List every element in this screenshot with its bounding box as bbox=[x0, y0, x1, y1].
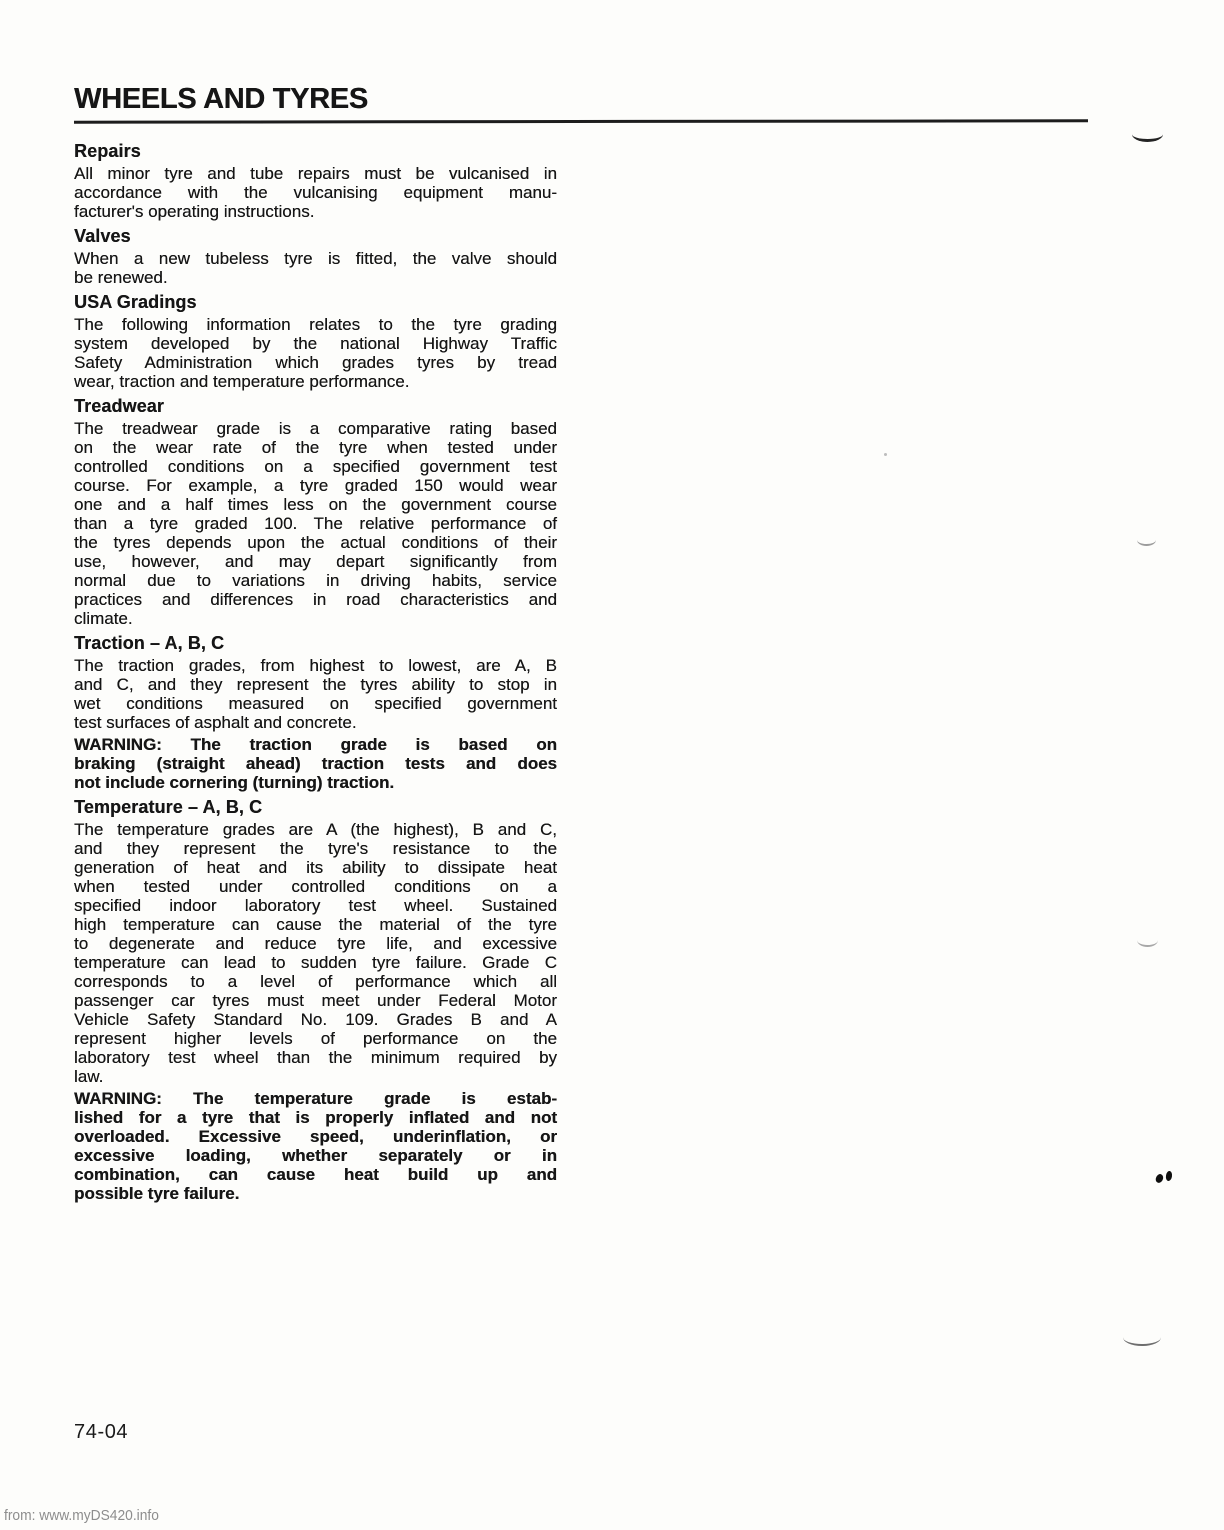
page-title: WHEELS AND TYRES bbox=[74, 84, 368, 115]
manual-page: WHEELS AND TYRES RepairsAll minor tyre a… bbox=[0, 0, 1224, 1530]
text-line: WARNING: The traction grade is based on bbox=[74, 735, 557, 754]
text-line: not include cornering (turning) traction… bbox=[74, 773, 557, 792]
text-line: and they represent the tyre's resistance… bbox=[74, 839, 557, 858]
text-line: When a new tubeless tyre is fitted, the … bbox=[74, 249, 557, 268]
text-line: normal due to variations in driving habi… bbox=[74, 571, 557, 590]
text-line: The following information relates to the… bbox=[74, 315, 557, 334]
paragraph: The temperature grades are A (the highes… bbox=[74, 820, 557, 1086]
text-line: course. For example, a tyre graded 150 w… bbox=[74, 476, 557, 495]
text-line: braking (straight ahead) traction tests … bbox=[74, 754, 557, 773]
text-line: system developed by the national Highway… bbox=[74, 334, 557, 353]
text-line: laboratory test wheel than the minimum r… bbox=[74, 1048, 557, 1067]
text-line: accordance with the vulcanising equipmen… bbox=[74, 183, 557, 202]
text-line: the tyres depends upon the actual condit… bbox=[74, 533, 557, 552]
warning-paragraph: WARNING: The traction grade is based onb… bbox=[74, 735, 557, 792]
text-line: The temperature grades are A (the highes… bbox=[74, 820, 557, 839]
text-line: Safety Administration which grades tyres… bbox=[74, 353, 557, 372]
text-line: All minor tyre and tube repairs must be … bbox=[74, 164, 557, 183]
paragraph: The following information relates to the… bbox=[74, 315, 557, 391]
section-heading: Repairs bbox=[74, 141, 557, 161]
title-rule bbox=[74, 119, 1088, 123]
text-line: corresponds to a level of performance wh… bbox=[74, 972, 557, 991]
section-heading: USA Gradings bbox=[74, 292, 557, 312]
text-line: controlled conditions on a specified gov… bbox=[74, 457, 557, 476]
text-line: climate. bbox=[74, 609, 557, 628]
text-line: on the wear rate of the tyre when tested… bbox=[74, 438, 557, 457]
warning-paragraph: WARNING: The temperature grade is estab-… bbox=[74, 1089, 557, 1203]
text-line: The traction grades, from highest to low… bbox=[74, 656, 557, 675]
text-line: wet conditions measured on specified gov… bbox=[74, 694, 557, 713]
text-line: possible tyre failure. bbox=[74, 1184, 557, 1203]
text-line: represent higher levels of performance o… bbox=[74, 1029, 557, 1048]
text-line: practices and differences in road charac… bbox=[74, 590, 557, 609]
content-column: RepairsAll minor tyre and tube repairs m… bbox=[74, 141, 557, 1203]
text-line: specified indoor laboratory test wheel. … bbox=[74, 896, 557, 915]
scan-artifact bbox=[1165, 1171, 1173, 1182]
page-number: 74-04 bbox=[74, 1421, 128, 1444]
text-line: excessive loading, whether separately or… bbox=[74, 1146, 557, 1165]
section-heading: Temperature – A, B, C bbox=[74, 797, 557, 817]
text-line: temperature can lead to sudden tyre fail… bbox=[74, 953, 557, 972]
text-line: combination, can cause heat build up and bbox=[74, 1165, 557, 1184]
text-line: one and a half times less on the governm… bbox=[74, 495, 557, 514]
section-heading: Valves bbox=[74, 226, 557, 246]
text-line: use, however, and may depart significant… bbox=[74, 552, 557, 571]
text-line: generation of heat and its ability to di… bbox=[74, 858, 557, 877]
text-line: high temperature can cause the material … bbox=[74, 915, 557, 934]
text-line: Vehicle Safety Standard No. 109. Grades … bbox=[74, 1010, 557, 1029]
text-line: lished for a tyre that is properly infla… bbox=[74, 1108, 557, 1127]
scan-artifact bbox=[1123, 1336, 1161, 1346]
section-heading: Traction – A, B, C bbox=[74, 633, 557, 653]
text-line: test surfaces of asphalt and concrete. bbox=[74, 713, 557, 732]
watermark: from: www.myDS420.info bbox=[4, 1507, 159, 1524]
section-heading: Treadwear bbox=[74, 396, 557, 416]
text-line: law. bbox=[74, 1067, 557, 1086]
text-line: overloaded. Excessive speed, underinflat… bbox=[74, 1127, 557, 1146]
scan-artifact bbox=[1137, 539, 1156, 546]
paragraph: The traction grades, from highest to low… bbox=[74, 656, 557, 732]
text-line: The treadwear grade is a comparative rat… bbox=[74, 419, 557, 438]
text-line: WARNING: The temperature grade is estab- bbox=[74, 1089, 557, 1108]
text-line: to degenerate and reduce tyre life, and … bbox=[74, 934, 557, 953]
text-line: be renewed. bbox=[74, 268, 557, 287]
scan-artifact bbox=[1132, 133, 1163, 142]
scan-artifact bbox=[884, 453, 887, 456]
paragraph: All minor tyre and tube repairs must be … bbox=[74, 164, 557, 221]
text-line: when tested under controlled conditions … bbox=[74, 877, 557, 896]
scan-artifact bbox=[1137, 939, 1158, 947]
text-line: than a tyre graded 100. The relative per… bbox=[74, 514, 557, 533]
text-line: wear, traction and temperature performan… bbox=[74, 372, 557, 391]
text-line: facturer's operating instructions. bbox=[74, 202, 557, 221]
paragraph: When a new tubeless tyre is fitted, the … bbox=[74, 249, 557, 287]
scan-artifact bbox=[1154, 1173, 1164, 1184]
text-line: and C, and they represent the tyres abil… bbox=[74, 675, 557, 694]
text-line: passenger car tyres must meet under Fede… bbox=[74, 991, 557, 1010]
paragraph: The treadwear grade is a comparative rat… bbox=[74, 419, 557, 628]
